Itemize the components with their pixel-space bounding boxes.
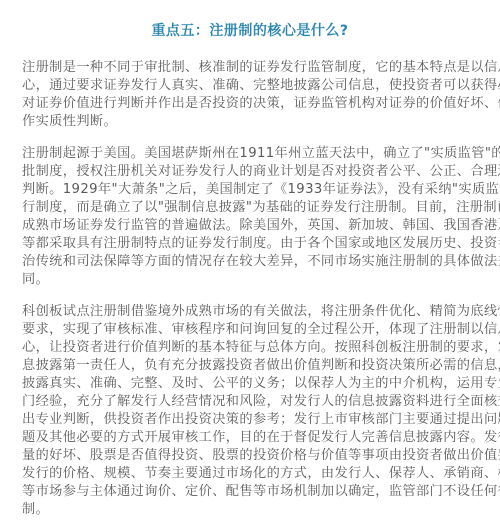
text-line: 等市场参与主体通过询价、定价、配售等市场机制加以确定，监管部门不设任何行政性限 — [22, 483, 494, 501]
text-line: 出专业判断，供投资者作出投资决策的参考；发行上市审核部门主要通过提出问题、回答问 — [22, 411, 494, 429]
text-line: 心，通过要求证券发行人真实、准确、完整地披露公司信息，使投资者可以获得必要的信息 — [22, 77, 494, 95]
text-line: 息披露第一责任人，负有充分披露投资者做出价值判断和投资决策所必需的信息，确保信息 — [22, 357, 494, 375]
paragraph-star-market: 科创板试点注册制借鉴境外成熟市场的有关做法，将注册条件优化、精简为底线性、原则性… — [22, 303, 494, 519]
text-line: 等都采取具有注册制特点的证券发行制度。由于各个国家或地区发展历史、投资者结构、法 — [22, 235, 494, 253]
text-line: 披露真实、准确、完整、及时、公平的义务；以保荐人为主的中介机构，运用专业知识和专 — [22, 375, 494, 393]
text-line: 批制度，授权注册机关对证券发行人的商业计划是否对投资者公平、公正、合理进行实质性 — [22, 163, 494, 181]
text-line: 注册制起源于美国。美国堪萨斯州在1911年州立蓝天法中，确立了"实质监管"的证券… — [22, 145, 494, 163]
text-line: 判断。1929年"大萧条"之后，美国制定了《1933年证券法》，没有采纳"实质监… — [22, 181, 494, 199]
section-title: 重点五：注册制的核心是什么? — [0, 21, 500, 41]
text-line: 题及其他必要的方式开展审核工作，目的在于督促发行人完善信息披露内容。发行人商业质 — [22, 429, 494, 447]
text-line: 制。 — [22, 501, 494, 519]
text-line: 作实质性判断。 — [22, 113, 494, 131]
text-line: 量的好坏、股票是否值得投资、股票的投资价格与价值等事项由投资者做出价值判断。股票 — [22, 447, 494, 465]
text-line: 要求，实现了审核标准、审核程序和问询回复的全过程公开，体现了注册制以信息披露为核 — [22, 321, 494, 339]
text-line: 对证券价值进行判断并作出是否投资的决策，证券监管机构对证券的价值好坏、价格高低不 — [22, 95, 494, 113]
text-line: 行制度，而是确立了以"强制信息披露"为基础的证券发行注册制。目前，注册制已经成为… — [22, 199, 494, 217]
paragraph-origin: 注册制起源于美国。美国堪萨斯州在1911年州立蓝天法中，确立了"实质监管"的证券… — [22, 145, 494, 289]
text-line: 门经验，充分了解发行人经营情况和风险，对发行人的信息披露资料进行全面核查验证，作 — [22, 393, 494, 411]
text-line: 发行的价格、规模、节奏主要通过市场化的方式，由发行人、保荐人、承销商、机构投资者 — [22, 465, 494, 483]
text-line: 注册制是一种不同于审批制、核准制的证券发行监管制度，它的基本特点是以信息披露为中 — [22, 59, 494, 77]
text-line: 同。 — [22, 271, 494, 289]
text-line: 成熟市场证券发行监管的普遍做法。除美国外，英国、新加坡、韩国、我国香港及台湾地区 — [22, 217, 494, 235]
text-line: 治传统和司法保障等方面的情况存在较大差异，不同市场实施注册制的具体做法并不完全相 — [22, 253, 494, 271]
paragraph-definition: 注册制是一种不同于审批制、核准制的证券发行监管制度，它的基本特点是以信息披露为中… — [22, 59, 494, 131]
text-line: 科创板试点注册制借鉴境外成熟市场的有关做法，将注册条件优化、精简为底线性、原则性 — [22, 303, 494, 321]
text-line: 心，让投资者进行价值判断的基本特征与总体方向。按照科创板注册制的要求，发行人是信 — [22, 339, 494, 357]
